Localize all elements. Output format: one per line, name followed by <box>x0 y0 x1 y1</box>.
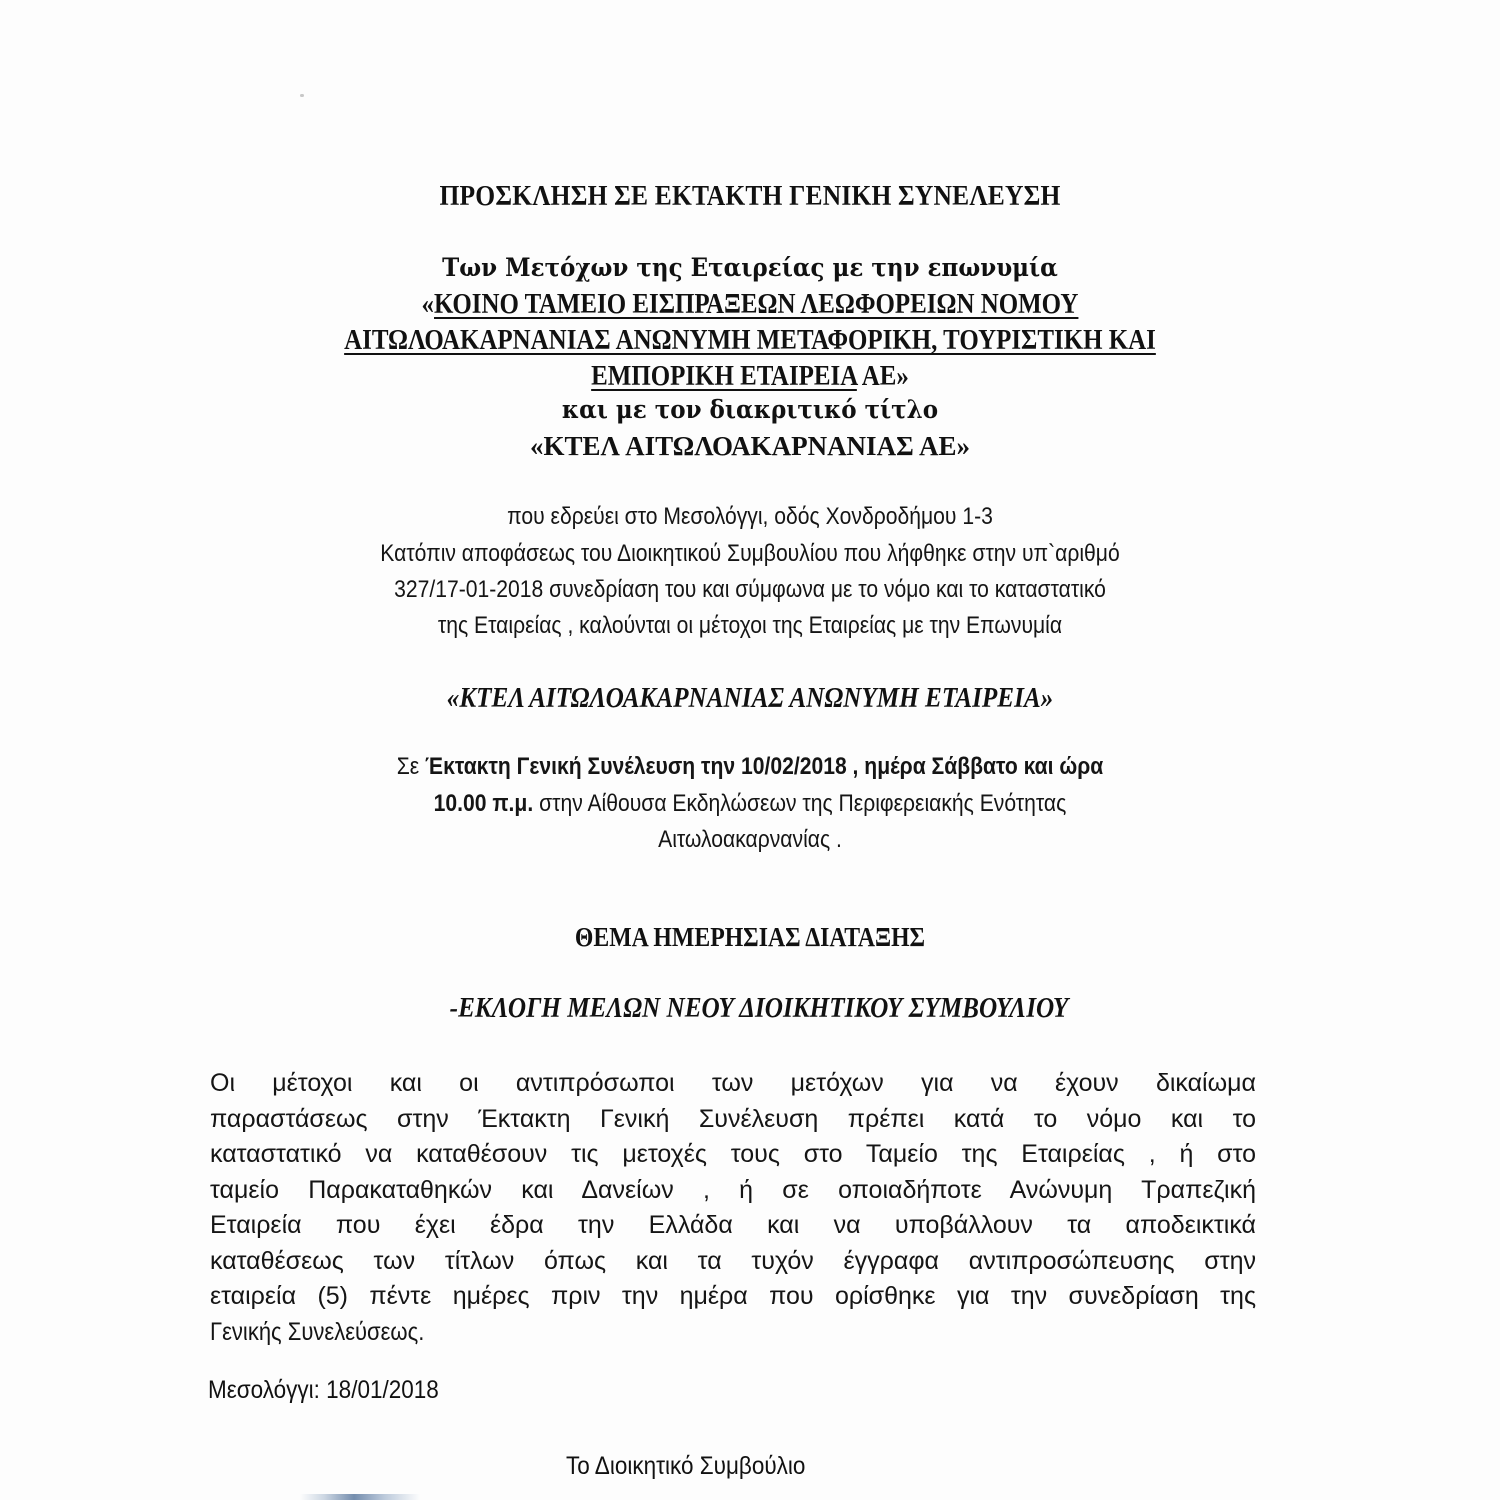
meeting-hour: 10.00 π.μ. <box>434 790 534 817</box>
shareholders-intro: Των Μετόχων της Εταιρείας με την επωνυμί… <box>60 253 1440 282</box>
place-and-date: Μεσολόγγι: 18/01/2018 <box>208 1376 439 1405</box>
stamp-fragment <box>300 1494 420 1500</box>
agenda-title: ΘΕΜΑ ΗΜΕΡΗΣΙΑΣ ΔΙΑΤΑΞΗΣ <box>90 922 1410 953</box>
agenda-item: -ΕΚΛΟΓΗ ΜΕΛΩΝ ΝΕΟΥ ΔΙΟΙΚΗΤΙΚΟΥ ΣΥΜΒΟΥΛΙΟ… <box>75 993 1425 1025</box>
paragraph-line: καταστατικό να καταθέσουν τις μετοχές το… <box>210 1137 1256 1173</box>
open-quote: « <box>422 288 434 320</box>
meeting-line-3: Αιτωλοακαρνανίας . <box>90 826 1410 854</box>
paragraph-line: καταθέσεως των τίτλων όπως και τα τυχόν … <box>210 1244 1256 1280</box>
paragraph-line: παραστάσεως στην Έκτακτη Γενική Συνέλευσ… <box>210 1102 1256 1138</box>
seat-line: που εδρεύει στο Μεσολόγγι, οδός Χονδροδή… <box>90 503 1410 531</box>
signature-board: Το Διοικητικό Συμβούλιο <box>566 1452 805 1481</box>
scanned-document-page: ΠΡΟΣΚΛΗΣΗ ΣΕ ΕΚΤΑΚΤΗ ΓΕΝΙΚΗ ΣΥΝΕΛΕΥΣΗ Τω… <box>0 0 1500 1500</box>
meeting-line-1: Σε Έκτακτη Γενική Συνέλευση την 10/02/20… <box>90 753 1410 781</box>
decision-line: Κατόπιν αποφάσεως του Διοικητικού Συμβου… <box>90 540 1410 568</box>
meeting-line-2: 10.00 π.μ. στην Αίθουσα Εκδηλώσεων της Π… <box>90 790 1410 818</box>
meeting-prefix: Σε <box>397 753 425 780</box>
paragraph-line: Γενικής Συνελεύσεως. <box>210 1315 1130 1351</box>
company-name-line-1: «ΚΟΙΝΟ ΤΑΜΕΙΟ ΕΙΣΠΡΑΞΕΩΝ ΛΕΩΦΟΡΕΙΩΝ ΝΟΜΟ… <box>105 288 1395 321</box>
document-title: ΠΡΟΣΚΛΗΣΗ ΣΕ ΕΚΤΑΚΤΗ ΓΕΝΙΚΗ ΣΥΝΕΛΕΥΣΗ <box>90 180 1410 213</box>
company-name-text-3: ΕΜΠΟΡΙΚΗ ΕΤΑΙΡΕΙΑ <box>591 360 857 392</box>
company-name-line-2: ΑΙΤΩΛΟΑΚΑΡΝΑΝΙΑΣ ΑΝΩΝΥΜΗ ΜΕΤΑΦΟΡΙΚΗ, ΤΟΥ… <box>105 324 1395 357</box>
paragraph-line: Οι μέτοχοι και οι αντιπρόσωποι των μετόχ… <box>210 1066 1256 1102</box>
decision-line: της Εταιρείας , καλούνται οι μέτοχοι της… <box>90 612 1410 640</box>
distinctive-title-intro: και με τον διακριτικό τίτλο <box>60 395 1440 424</box>
paragraph-line: εταιρεία (5) πέντε ημέρες πριν την ημέρα… <box>210 1279 1256 1315</box>
distinctive-title: «ΚΤΕΛ ΑΙΤΩΛΟΑΚΑΡΝΑΝΙΑΣ ΑΕ» <box>0 431 1500 462</box>
paragraph-line: Εταιρεία που έχει έδρα την Ελλάδα και να… <box>210 1208 1256 1244</box>
company-name-text-1: ΚΟΙΝΟ ΤΑΜΕΙΟ ΕΙΣΠΡΑΞΕΩΝ ΛΕΩΦΟΡΕΙΩΝ ΝΟΜΟΥ <box>434 288 1078 320</box>
company-name-tail: ΑΕ» <box>857 360 909 392</box>
decision-line: 327/17-01-2018 συνεδρίαση του και σύμφων… <box>90 576 1410 604</box>
shareholder-instructions-paragraph: Οι μέτοχοι και οι αντιπρόσωποι των μετόχ… <box>210 1066 1256 1350</box>
company-name-line-3: ΕΜΠΟΡΙΚΗ ΕΤΑΙΡΕΙΑ ΑΕ» <box>105 360 1395 393</box>
company-short-name: «ΚΤΕΛ ΑΙΤΩΛΟΑΚΑΡΝΑΝΙΑΣ ΑΝΩΝΥΜΗ ΕΤΑΙΡΕΙΑ» <box>75 683 1425 715</box>
meeting-venue: στην Αίθουσα Εκδηλώσεων της Περιφερειακή… <box>533 790 1066 817</box>
paragraph-line: ταμείο Παρακαταθηκών και Δανείων , ή σε … <box>210 1173 1256 1209</box>
company-name-text-2: ΑΙΤΩΛΟΑΚΑΡΝΑΝΙΑΣ ΑΝΩΝΥΜΗ ΜΕΤΑΦΟΡΙΚΗ, ΤΟΥ… <box>344 324 1156 356</box>
meeting-date-time: Έκτακτη Γενική Συνέλευση την 10/02/2018 … <box>425 753 1103 780</box>
scan-speck <box>300 94 304 97</box>
